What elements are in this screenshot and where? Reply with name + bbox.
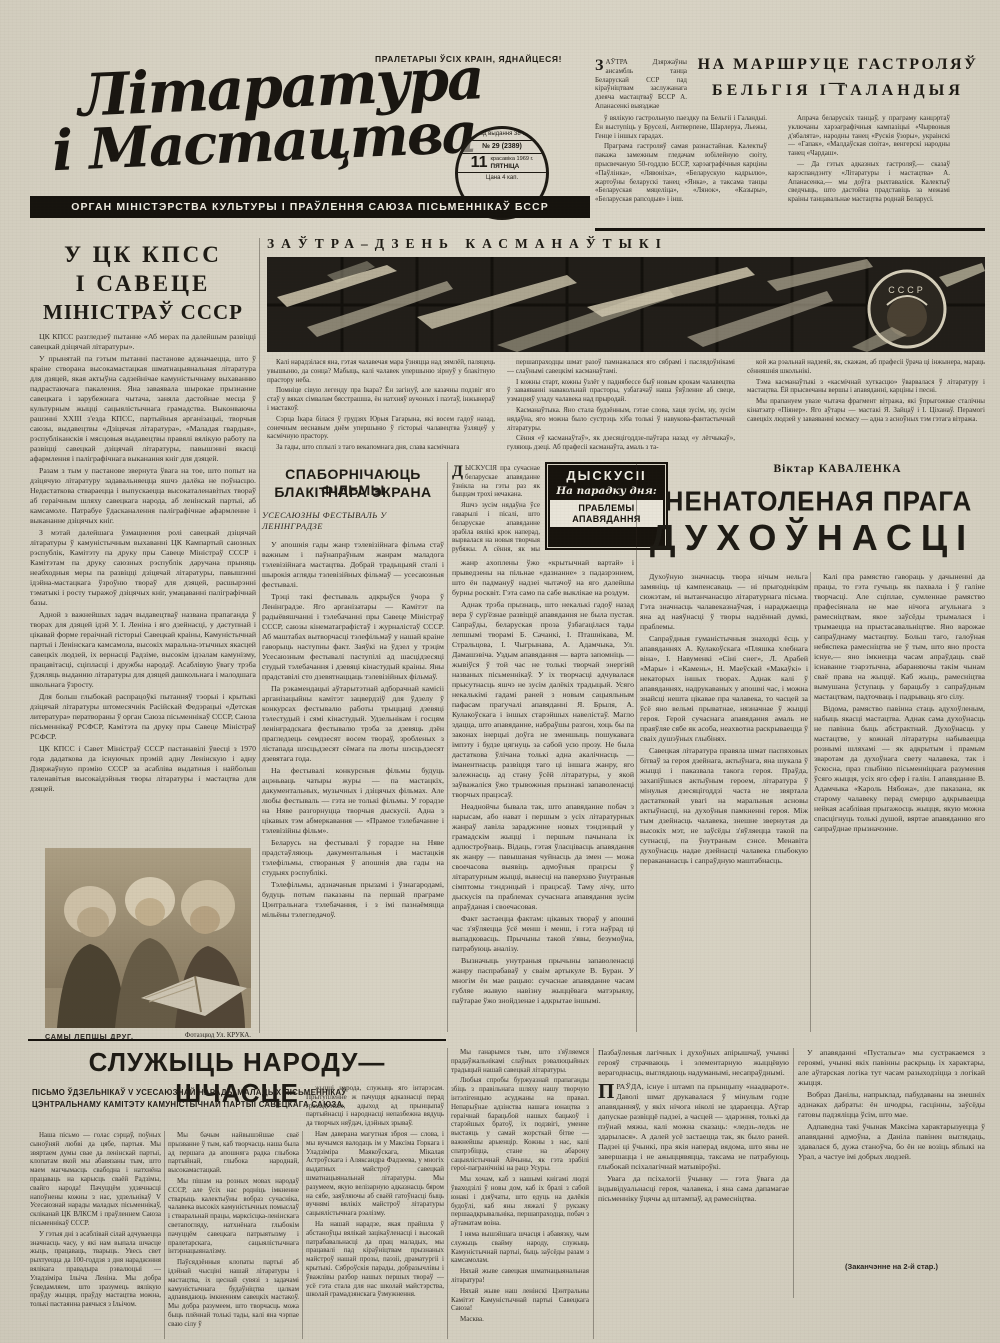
column-rule: [259, 238, 260, 1033]
newspaper-logo-line2: і Мастацтва: [51, 105, 477, 179]
issue-weekday: ПЯТНІЦА: [490, 163, 533, 170]
cc-headline-line1: У ЦК КПСС: [30, 242, 256, 268]
letter-subhead: ПІСЬМО ЎДЗЕЛЬНІКАЎ V УСЕСАЮЗНАЙ НАРАДЫ М…: [32, 1087, 352, 1110]
cc-body: ЦК КПСС разгледзеў пытанне «Аб мерах па …: [30, 332, 256, 842]
tour-col1-narrow: ЗАЎТРА Дзяржаўны ансамбль танца Беларуск…: [595, 58, 687, 112]
vitrage-image: СССР: [267, 257, 985, 352]
discussion-narrow: ДЫСКУСІЯ пра сучаснае беларускае апавяда…: [452, 464, 540, 554]
issue-number: № 29 (2389): [458, 141, 546, 154]
discussion-dropcap: Д: [452, 464, 465, 478]
children-photo-image: [45, 848, 251, 1028]
column-rule: [636, 462, 637, 1032]
cc-headline-line2: І САВЕЦЕ: [30, 271, 256, 297]
issue-month: красавіка 1969 г.: [490, 156, 533, 163]
discussion-body: жанр ахоплены ўжо «крытычнай вартай» і п…: [452, 558, 634, 1032]
kavalenka-colB: Калі пра рамяство гавораць у дачыненні д…: [814, 572, 985, 1032]
cosmo-col2: першапраходцы шмат разоў памнажалася яго…: [507, 358, 735, 458]
cc-headline-line3: МІНІСТРАЎ СССР: [30, 300, 256, 325]
letter-top-rule: [28, 1039, 446, 1041]
letter-col1: Наша пісьмо — голас сэрцаў, поўных сыноў…: [30, 1131, 161, 1339]
column-rule: [447, 1048, 448, 1339]
svg-text:СССР: СССР: [888, 285, 926, 295]
badge-title: ДЫСКУСІІ: [547, 464, 666, 483]
kavalenka-colA: Духоўную значнасць твора нічым нельга за…: [640, 572, 808, 1032]
issue-day: 11: [471, 155, 488, 171]
kavalenka-byline: Віктар КАВАЛЕНКА: [690, 463, 985, 475]
tour-col1: ў вялікую гастрольную паездку па Бельгіі…: [595, 114, 767, 226]
column-rule: [593, 1048, 594, 1339]
kavalenka-headline-line1: НЕНАТОЛЕНАЯ ПРАГА: [652, 485, 985, 518]
tour-bottom-rule: [595, 228, 985, 231]
column-rule: [447, 462, 448, 1032]
cosmo-col1: Калі нарадзілася яна, гэтая чалавечая ма…: [267, 358, 495, 458]
continuation-note: (Заканчэнне на 2-й стар.): [798, 1262, 985, 1271]
pravda-dropcap: П: [598, 1082, 616, 1100]
newspaper-page: ПРАЛЕТАРЫІ ЎСІХ КРАІН, ЯДНАЙЦЕСЯ! Літара…: [0, 0, 1000, 1343]
tour-headline-line2: БЕЛЬГІЯ І ГАЛАНДЫЯ: [690, 82, 986, 100]
cosmonautics-banner: ЗАЎТРА–ДЗЕНЬ КАСМАНАЎТЫКІ: [267, 236, 887, 252]
films-headline-line2: БЛАКІТНАГА ЭКРАНА: [262, 484, 444, 500]
column-rule: [793, 1048, 794, 1298]
cosmo-col3: кой жа рэальнай надзеяй, як, скажам, аб …: [747, 358, 985, 458]
children-photo: [45, 848, 251, 1028]
column-rule: [302, 1131, 303, 1339]
issue-price: Цана 4 кап.: [458, 173, 546, 184]
letter-col4: Мы ганарымся тым, што з'яўляемся прадаўж…: [451, 1048, 589, 1339]
organ-bar: ОРГАН МІНІСТЭРСТВА КУЛЬТУРЫ І ПРАЎЛЕННЯ …: [30, 196, 590, 218]
kavalenka-headline-line2: ДУХОЎНАСЦІ: [640, 517, 985, 559]
letter-col2: Мы бачым найвышэйшае сваё прызванне ў ты…: [168, 1131, 299, 1339]
letter-col3: жыцці народа, служыць яго інтарэсам. Пры…: [306, 1084, 444, 1339]
kavalenka-cont-col1: Пазбаўленыя лагічных і духоўных апірышча…: [598, 1048, 789, 1304]
column-rule: [164, 1131, 165, 1339]
column-rule: [810, 572, 811, 1032]
tour-dropcap: З: [595, 58, 605, 72]
films-subhead: УСЕСАЮЗНЫ ФЕСТЫВАЛЬ У ЛЕНІНГРАДЗЕ: [262, 510, 392, 532]
films-body: У апошнія гады жанр тэлевізійнага фільма…: [262, 540, 444, 1032]
kavalenka-cont-col2: У апавяданні «Пустальга» мы сустракаемся…: [798, 1048, 985, 1254]
badge-script-line: На парадку дня:: [547, 483, 666, 500]
tour-col2: Апрача беларускіх танцаў, у праграму кан…: [788, 114, 950, 226]
